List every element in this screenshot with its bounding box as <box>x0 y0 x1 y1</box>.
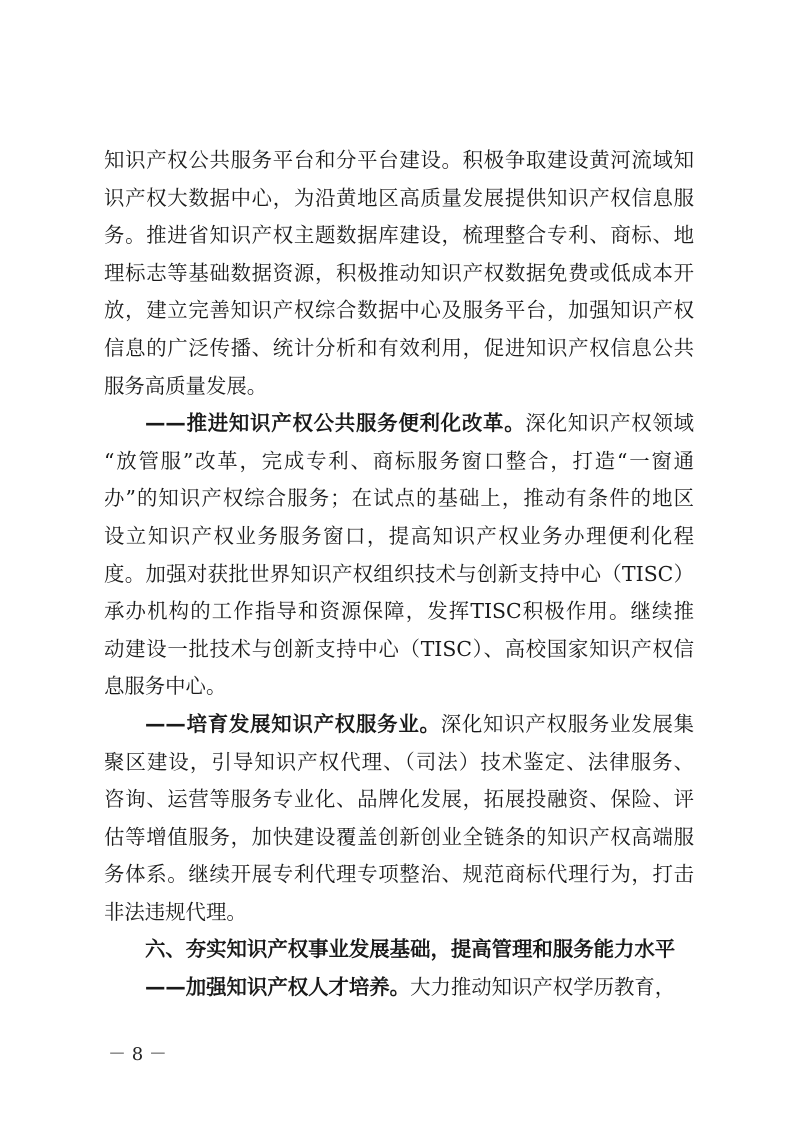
document-body: 知识产权公共服务平台和分平台建设。积极争取建设黄河流域知 识产权大数据中心，为沿… <box>104 142 694 1007</box>
text-line: 聚区建设，引导知识产权代理、（司法）技术鉴定、法律服务、 <box>104 744 694 782</box>
text-line: 息服务中心。 <box>104 668 694 706</box>
paragraph-service-industry: ——培育发展知识产权服务业。深化知识产权服务业发展集 聚区建设，引导知识产权代理… <box>104 706 694 932</box>
paragraph-lead-heading: ——推进知识产权公共服务便利化改革。 <box>145 411 525 435</box>
page-number: － 8 － <box>108 1040 167 1066</box>
text-line: 识产权大数据中心，为沿黄地区高质量发展提供知识产权信息服 <box>104 180 694 218</box>
text-line: 办”的知识产权综合服务；在试点的基础上，推动有条件的地区 <box>104 480 694 518</box>
text-line: 咨询、运营等服务专业化、品牌化发展，拓展投融资、保险、评 <box>104 781 694 819</box>
text-line: 估等增值服务，加快建设覆盖创新创业全链条的知识产权高端服 <box>104 819 694 857</box>
text-line: 务。推进省知识产权主题数据库建设，梳理整合专利、商标、地 <box>104 217 694 255</box>
paragraph-info-platform: 知识产权公共服务平台和分平台建设。积极争取建设黄河流域知 识产权大数据中心，为沿… <box>104 142 694 405</box>
text-span: 大力推动知识产权学历教育， <box>410 975 675 999</box>
text-line: 信息的广泛传播、统计分析和有效利用，促进知识产权信息公共 <box>104 330 694 368</box>
section-heading: 六、夯实知识产权事业发展基础，提高管理和服务能力水平 <box>104 931 694 969</box>
text-line: 非法违规代理。 <box>104 894 694 932</box>
text-line: 度。加强对获批世界知识产权组织技术与创新支持中心（TISC） <box>104 556 694 594</box>
text-line: 知识产权公共服务平台和分平台建设。积极争取建设黄河流域知 <box>104 142 694 180</box>
paragraph-first-line: ——培育发展知识产权服务业。深化知识产权服务业发展集 <box>104 706 694 744</box>
text-line: 服务高质量发展。 <box>104 368 694 406</box>
paragraph-first-line: ——推进知识产权公共服务便利化改革。深化知识产权领域 <box>104 405 694 443</box>
paragraph-service-reform: ——推进知识产权公共服务便利化改革。深化知识产权领域 “放管服”改革，完成专利、… <box>104 405 694 706</box>
text-line: 放，建立完善知识产权综合数据中心及服务平台，加强知识产权 <box>104 292 694 330</box>
paragraph-lead-heading: ——培育发展知识产权服务业。 <box>145 712 441 736</box>
paragraph-lead-heading: ——加强知识产权人才培养。 <box>145 975 410 999</box>
text-line: 务体系。继续开展专利代理专项整治、规范商标代理行为，打击 <box>104 856 694 894</box>
text-line: 动建设一批技术与创新支持中心（TISC）、高校国家知识产权信 <box>104 631 694 669</box>
text-span: 深化知识产权服务业发展集 <box>441 712 694 736</box>
paragraph-talent-training: ——加强知识产权人才培养。大力推动知识产权学历教育， <box>104 969 694 1007</box>
text-line: 承办机构的工作指导和资源保障，发挥TISC积极作用。继续推 <box>104 593 694 631</box>
text-span: 深化知识产权领域 <box>525 411 694 435</box>
text-line: 理标志等基础数据资源，积极推动知识产权数据免费或低成本开 <box>104 255 694 293</box>
text-line: 设立知识产权业务服务窗口，提高知识产权业务办理便利化程 <box>104 518 694 556</box>
text-line: “放管服”改革，完成专利、商标服务窗口整合，打造“一窗通 <box>104 443 694 481</box>
document-page: 知识产权公共服务平台和分平台建设。积极争取建设黄河流域知 识产权大数据中心，为沿… <box>0 0 794 1123</box>
